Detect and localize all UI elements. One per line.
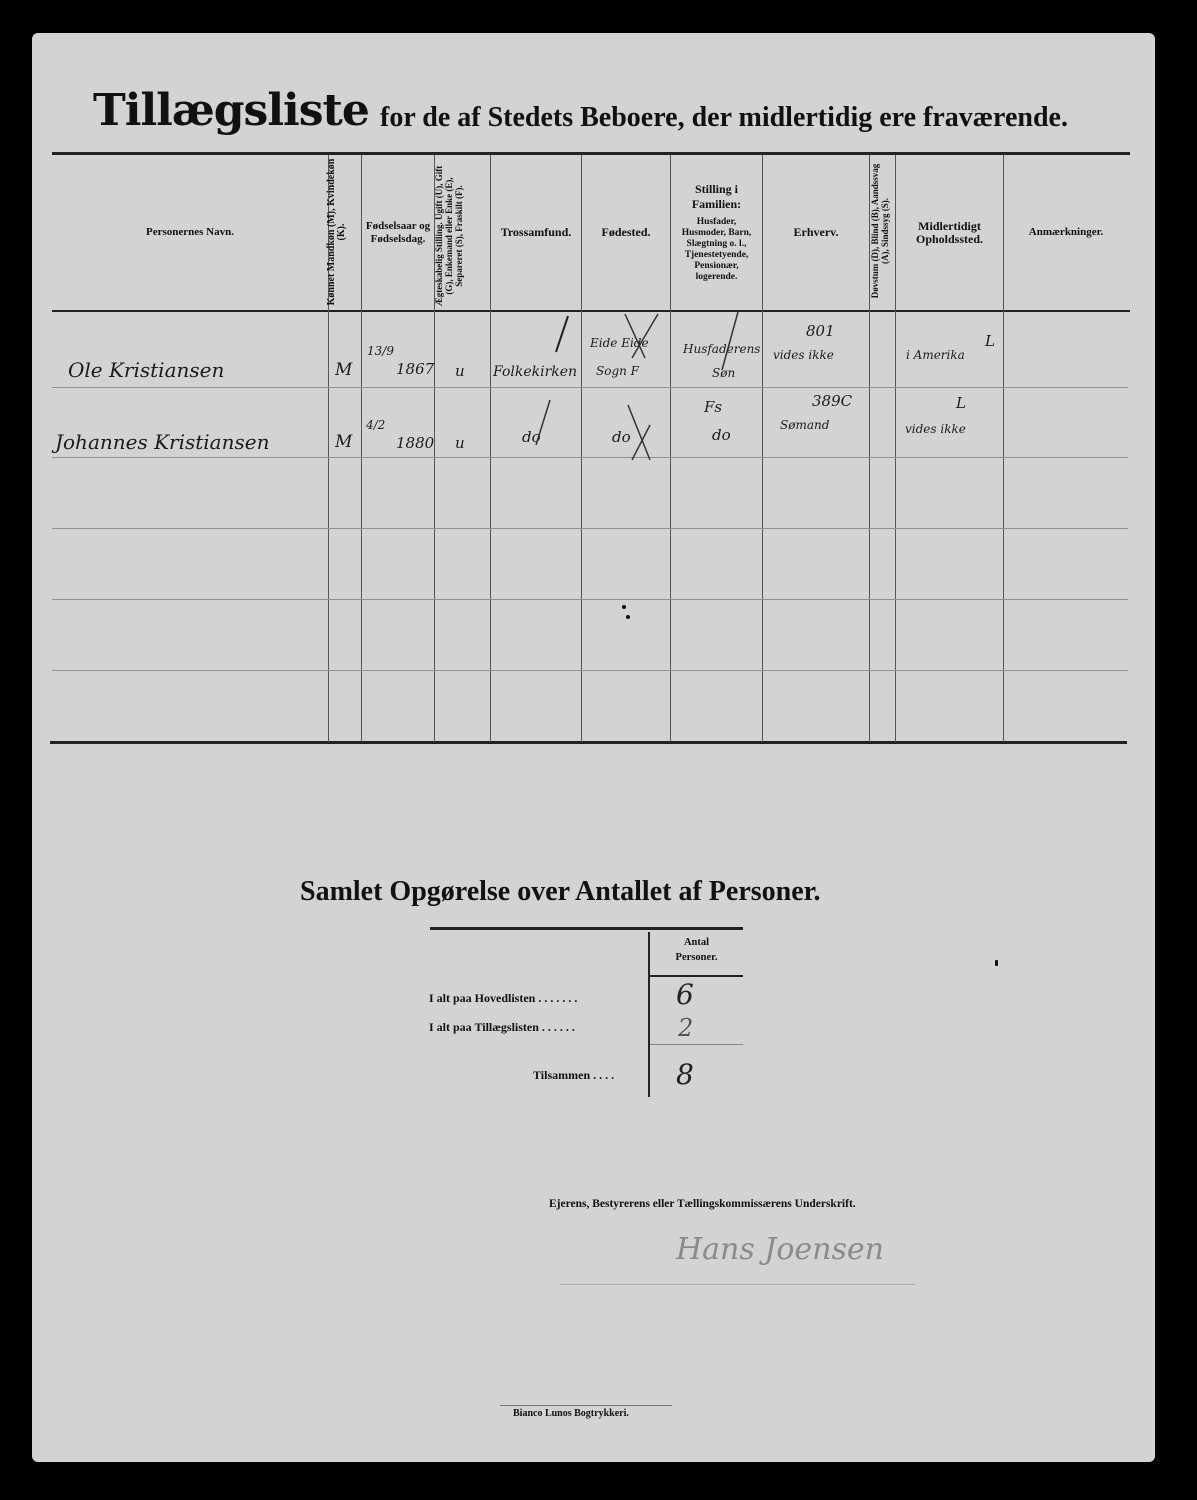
table-bottom-rule [50,741,1127,744]
birth-year: 1880 [396,434,434,452]
header-sex: Kønnet Mandkøn (M), Kvindekøn (K). [327,157,355,307]
temporary-residence: i Amerika [906,348,965,362]
temporary-residence: vides ikke [905,422,966,436]
row-divider [52,599,1128,600]
subtitle-emphasis: fraværende. [923,102,1068,133]
header-names: Personernes Navn. [52,155,328,310]
residence-mark: L [985,332,995,350]
form-title: Tillægsliste [93,84,369,138]
header-marital-status: Ægteskabelig Stilling. Ugift (U), Gift (… [434,161,490,311]
header-religion: Trossamfund. [491,155,581,310]
signature-label: Ejerens, Bestyrerens eller Tællingskommi… [549,1198,856,1210]
summary-supplement-label: I alt paa Tillægslisten . . . . . . [429,1020,575,1035]
birth-year: 1867 [396,360,434,378]
summary-header-rule [650,975,743,977]
signature: Hans Joensen [676,1232,884,1267]
person-sex: M [335,360,352,380]
ink-speck [995,960,998,966]
header-temporary-residence: Midlertidigt Opholdssted. [896,155,1003,310]
person-name: Ole Kristiansen [68,358,224,382]
header-occupation: Erhverv. [763,155,869,310]
header-birth: Fødselsaar og Fødselsdag. [362,155,434,310]
ink-speck [626,615,630,619]
summary-total-value: 8 [676,1058,694,1091]
header-family-position-title: Stilling i Familien: [671,182,762,212]
occupation-code: 389C [812,392,852,410]
marital-status: u [455,434,465,452]
header-disability: Døvstum (D), Blind (B), Aandssvag (A), S… [870,156,894,306]
summary-main-list-value: 6 [676,978,694,1011]
pencil-marks-icon [480,310,800,470]
birth-date: 13/9 [367,344,394,358]
printer-rule [500,1405,672,1406]
header-family-position: Stilling i Familien: Husfader, Husmoder,… [671,155,762,310]
row-divider [52,670,1128,671]
header-birthplace: Fødested. [582,155,670,310]
summary-sum-rule [650,1044,743,1045]
summary-main-list-label: I alt paa Hovedlisten . . . . . . . [429,991,577,1006]
summary-column-header-line1: Antal [650,937,743,948]
person-sex: M [335,432,352,452]
summary-top-rule [430,927,743,930]
birth-date: 4/2 [366,418,385,432]
summary-column-header-line2: Personer. [650,952,743,963]
occupation-code: 801 [806,322,835,340]
row-divider [52,528,1128,529]
subtitle-text: for de af Stedets Beboere, der midlertid… [380,102,916,133]
summary-supplement-value: 2 [678,1014,693,1042]
summary-total-label: Tilsammen . . . . [533,1068,614,1083]
residence-mark: L [956,394,966,412]
header-remarks: Anmærkninger. [1004,155,1128,310]
person-name: Johannes Kristiansen [55,430,269,454]
marital-status: u [455,362,465,380]
printer-credit: Bianco Lunos Bogtrykkeri. [513,1408,629,1419]
ink-speck [622,605,626,609]
summary-title: Samlet Opgørelse over Antallet af Person… [300,876,821,908]
form-subtitle: for de af Stedets Beboere, der midlertid… [380,100,1068,136]
header-family-position-options: Husfader, Husmoder, Barn, Slægtning o. l… [671,217,762,283]
signature-line [560,1284,915,1285]
